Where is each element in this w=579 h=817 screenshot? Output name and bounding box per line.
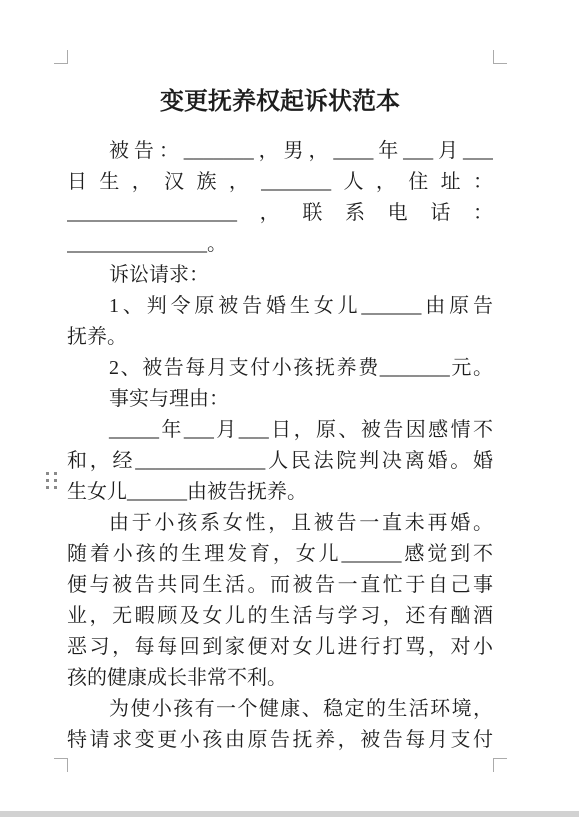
- document-line: 特请求变更小孩由原告抚养，被告每月支付: [67, 725, 493, 756]
- margin-crop-mark-top-left: [54, 50, 68, 64]
- margin-crop-mark-top-right: [493, 50, 507, 64]
- drag-handle-icon[interactable]: [46, 472, 57, 489]
- document-line: 由于小孩系女性，且被告一直未再婚。: [67, 508, 493, 539]
- document-line: 诉讼请求：: [67, 260, 493, 291]
- margin-crop-mark-bottom-left: [54, 758, 68, 772]
- document-line: 孩的健康成长非常不利。: [67, 663, 493, 694]
- document-page: 变更抚养权起诉状范本 被告：_______，男，____年___月___ 日生，…: [0, 0, 579, 817]
- page-bottom-edge: [0, 811, 579, 817]
- document-title: 变更抚养权起诉状范本: [67, 86, 493, 118]
- document-line: 抚养。: [67, 322, 493, 353]
- document-line: _________________，联系电话：: [67, 198, 493, 229]
- document-body: 变更抚养权起诉状范本 被告：_______，男，____年___月___ 日生，…: [67, 86, 493, 756]
- document-line: 日生，汉族，_______人，住址：: [67, 167, 493, 198]
- document-line: 生女儿______由被告抚养。: [67, 477, 493, 508]
- document-line: 业，无暇顾及女儿的生活与学习，还有酗酒: [67, 601, 493, 632]
- document-line: ______________。: [67, 229, 493, 260]
- document-line: 事实与理由：: [67, 384, 493, 415]
- margin-crop-mark-bottom-right: [493, 758, 507, 772]
- document-line: 1、判令原被告婚生女儿______由原告: [67, 291, 493, 322]
- document-line: 被告：_______，男，____年___月___: [67, 136, 493, 167]
- document-line: _____年___月___日，原、被告因感情不: [67, 415, 493, 446]
- document-line: 恶习，每每回到家便对女儿进行打骂，对小: [67, 632, 493, 663]
- document-line: 和，经_____________人民法院判决离婚。婚: [67, 446, 493, 477]
- document-line: 为使小孩有一个健康、稳定的生活环境，: [67, 694, 493, 725]
- document-line: 随着小孩的生理发育，女儿______感觉到不: [67, 539, 493, 570]
- document-line: 便与被告共同生活。而被告一直忙于自己事: [67, 570, 493, 601]
- document-line: 2、被告每月支付小孩抚养费_______元。: [67, 353, 493, 384]
